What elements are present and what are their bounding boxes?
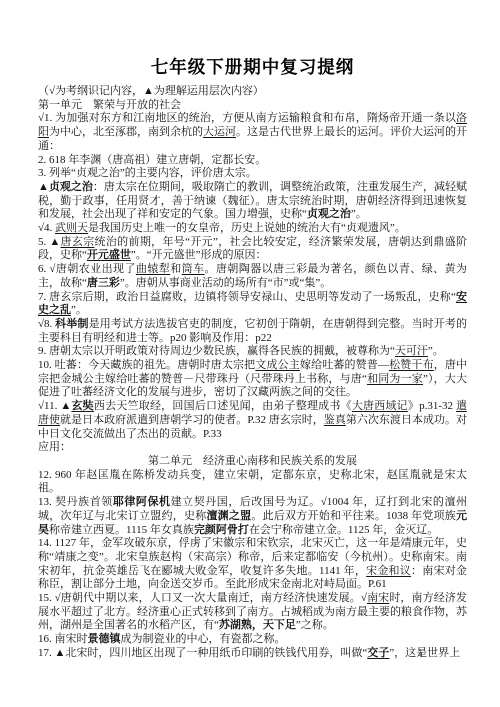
- text-run: 13. 契丹族首领: [38, 496, 113, 508]
- text-run: 贞观之治: [49, 181, 93, 193]
- text-run: √1. 为加强对东方和江南地区的统治，方便从南方运输粮食和布帛，隋炀帝开通一条以: [38, 112, 456, 124]
- text-run: 文成公主: [255, 359, 300, 371]
- text-run: 是我国历史上唯一的女皇帝，历史上说她的统治大有“贞观遗风”。: [88, 222, 406, 234]
- text-run: 大唐西域记: [352, 400, 408, 412]
- text-run: 完颜阿骨打: [194, 524, 249, 536]
- item-3: 3. 列举“贞观之治”的主要内容，评价唐太宗。: [38, 167, 467, 181]
- text-run: 开元盛世: [87, 249, 131, 261]
- text-run: 澶渊之盟: [206, 510, 251, 522]
- text-run: 。此后双方开始和平往来。1038 年党项族: [251, 510, 456, 522]
- text-run: ”。“开元盛世”形成的原因：: [131, 249, 267, 261]
- text-run: 唐玄宗: [61, 236, 95, 248]
- text-run: 曲辕犁: [136, 263, 170, 275]
- text-run: 在会宁称帝建立金。1125 年，金灭辽。: [249, 524, 438, 536]
- note-zhenguan: ▲贞观之治：唐太宗在位期间，吸取隋亡的教训，调整统治政策，注重发展生产，减轻赋税…: [38, 181, 467, 222]
- text-run: ”，这是世界上: [389, 647, 460, 659]
- text-run: 天可汗: [395, 345, 428, 357]
- unit-1-heading: 第一单元 繁荣与开放的社会: [38, 99, 467, 113]
- text-run: 鉴真: [324, 414, 346, 426]
- text-run: 称帝建立西夏。1115 年女真族: [49, 524, 194, 536]
- text-run: 10. 吐蕃：今天藏族的祖先。唐朝时唐太宗把: [38, 359, 255, 371]
- text-run: 第二单元 经济重心南移和民族关系的发展: [148, 455, 357, 467]
- application-line: 应用：: [38, 441, 467, 455]
- text-run: 5. ▲: [38, 236, 61, 248]
- text-run: 耶律阿保机: [113, 496, 171, 508]
- text-run: ”之称。: [296, 619, 334, 631]
- text-run: 筒车: [182, 263, 205, 275]
- text-run: 12. 960 年赵匡胤在陈桥发动兵变，建立宋朝，定都东京，史称北宋，赵匡胤就是…: [38, 469, 467, 495]
- text-run: 嫁给吐蕃的赞普—: [300, 359, 389, 371]
- item-9: 9. 唐朝太宗以开明政策对待周边少数民族，赢得各民族的拥戴，被尊称为“天可汗”。: [38, 345, 467, 359]
- text-run: 2. 618 年李渊（唐高祖）建立唐朝，定都长安。: [38, 154, 266, 166]
- text-run: 玄奘: [71, 400, 93, 412]
- text-run: 17. ▲北宋时，四川地区出现了一种用纸币印刷的铁钱代用券，叫做“: [38, 647, 367, 659]
- text-run: 西去天竺取经，回国后口述见闻，由弟子整理成书《: [94, 400, 352, 412]
- text-run: √4.: [38, 222, 55, 234]
- item-16: 16. 南宋时景德镇成为制瓷业的中心，有瓷都之称。: [38, 633, 467, 647]
- item-4: √4. 武则天是我国历史上唯一的女皇帝，历史上说她的统治大有“贞观遗风”。: [38, 222, 467, 236]
- item-6: 6. √唐朝农业出现了曲辕犁和筒车。唐朝陶器以唐三彩最为著名，颜色以青、绿、黄为…: [38, 263, 467, 290]
- text-run: 大运河: [203, 126, 236, 138]
- item-15: 15. √唐朝代中期以来，人口又一次大量南迁，南方经济快速发展。√南宋时，南方经…: [38, 592, 467, 633]
- text-run: 是用考试方法选拔官吏的制度，它初创于隋朝，在唐朝得到完整。当时开考的主要科目有明…: [38, 318, 467, 344]
- item-14: 14. 1127 年，金军攻破东京，俘虏了宋徽宗和宋钦宗，北宋灭亡，这一年是靖康…: [38, 537, 467, 592]
- text-run: 应用：: [38, 441, 71, 453]
- text-run: ”。唐朝从事商业活动的场所有“市”或“集”。: [120, 277, 331, 289]
- text-run: 贞观之治: [307, 208, 351, 220]
- text-run: 南宋: [367, 592, 389, 604]
- text-run: ”。: [428, 345, 444, 357]
- text-run: ▲: [38, 181, 49, 193]
- item-10: 10. 吐蕃：今天藏族的祖先。唐朝时唐太宗把文成公主嫁给吐蕃的赞普—松赞干布，唐…: [38, 359, 467, 400]
- text-run: 唐三彩: [87, 277, 120, 289]
- text-run: ”。: [351, 208, 367, 220]
- text-run: 为中心，北至涿郡，南到余杭的: [49, 126, 203, 138]
- text-run: 第一单元 繁荣与开放的社会: [38, 99, 181, 111]
- item-7: 7. 唐玄宗后期，政治日益腐败，边镇将领导安禄山、史思明等发动了一场叛乱，史称“…: [38, 291, 467, 318]
- item-2: 2. 618 年李渊（唐高祖）建立唐朝，定都长安。: [38, 154, 467, 168]
- item-12: 12. 960 年赵匡胤在陈桥发动兵变，建立宋朝，定都东京，史称北宋，赵匡胤就是…: [38, 469, 467, 496]
- page-number: 1: [418, 649, 423, 659]
- text-run: 3. 列举“贞观之治”的主要内容，评价唐太宗。: [38, 167, 257, 179]
- document-page: 七年级下册期中复习提纲 （√为考纲识记内容，▲为理解运用层次内容）第一单元 繁荣…: [0, 0, 500, 707]
- text-run: 和同为一家: [367, 373, 423, 385]
- item-17: 17. ▲北宋时，四川地区出现了一种用纸币印刷的铁钱代用券，叫做“交子”，这是世…: [38, 647, 467, 661]
- text-run: 就是日本政府派遣到唐朝学习的使者。P.32 唐玄宗时，: [60, 414, 324, 426]
- legend-line: （√为考纲识记内容，▲为理解运用层次内容）: [38, 85, 467, 99]
- text-run: 7. 唐玄宗后期，政治日益腐败，边镇将领导安禄山、史思明等发动了一场叛乱，史称“: [38, 291, 456, 303]
- item-8: √8. 科举制是用考试方法选拔官吏的制度，它初创于隋朝，在唐朝得到完整。当时开考…: [38, 318, 467, 345]
- text-run: 成为制瓷业的中心，有瓷都之称。: [121, 633, 286, 645]
- text-run: 和: [170, 263, 181, 275]
- document-body: （√为考纲识记内容，▲为理解运用层次内容）第一单元 繁荣与开放的社会√1. 为加…: [38, 85, 467, 661]
- item-5: 5. ▲唐玄宗统治的前期，年号“开元”，社会比较安定，经济繁荣发展，唐朝达到鼎盛…: [38, 236, 467, 263]
- text-run: 武则天: [55, 222, 88, 234]
- unit-2-heading: 第二单元 经济重心南移和民族关系的发展: [38, 455, 467, 469]
- text-run: 景德镇: [88, 633, 121, 645]
- text-run: 松赞干布: [389, 359, 434, 371]
- text-run: （√为考纲识记内容，▲为理解运用层次内容）: [38, 85, 264, 97]
- item-1: √1. 为加强对东方和江南地区的统治，方便从南方运输粮食和布帛，隋炀帝开通一条以…: [38, 112, 467, 153]
- text-run: ”。: [71, 304, 87, 316]
- text-run: 6. √唐朝农业出现了: [38, 263, 136, 275]
- document-title: 七年级下册期中复习提纲: [38, 57, 467, 78]
- text-run: 16. 南宋时: [38, 633, 88, 645]
- text-run: 》p.31-32: [408, 400, 456, 412]
- item-13: 13. 契丹族首领耶律阿保机建立契丹国，后改国号为辽。√1004 年，辽打到北宋…: [38, 496, 467, 537]
- text-run: 交子: [367, 647, 389, 659]
- text-run: 苏湖熟，天下足: [219, 619, 296, 631]
- text-run: 科举制: [55, 318, 88, 330]
- item-11: √11. ▲玄奘西去天竺取经，回国后口述见闻，由弟子整理成书《大唐西域记》p.3…: [38, 400, 467, 441]
- text-run: 9. 唐朝太宗以开明政策对待周边少数民族，赢得各民族的拥戴，被尊称为“: [38, 345, 395, 357]
- text-run: √8.: [38, 318, 55, 330]
- text-run: ：唐太宗在位期间，吸取隋亡的教训，调整统治政策，注重发展生产，减轻赋税，勤于政事…: [38, 181, 467, 220]
- text-run: 宋金和议: [366, 565, 411, 577]
- text-run: √11. ▲: [38, 400, 71, 412]
- text-run: 15. √唐朝代中期以来，人口又一次大量南迁，南方经济快速发展。√: [38, 592, 367, 604]
